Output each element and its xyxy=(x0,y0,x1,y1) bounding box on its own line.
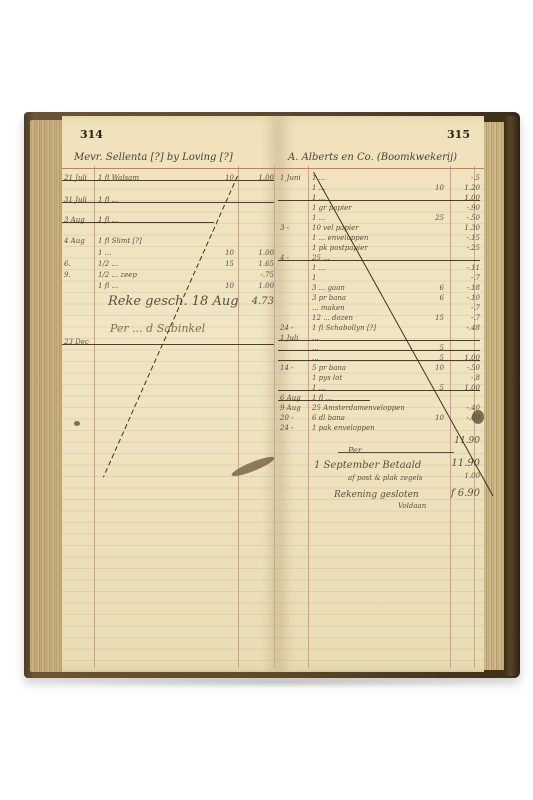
payment-note: 1 September Betaald xyxy=(314,460,421,471)
cover-edge-right xyxy=(504,116,520,676)
settlement-note: Reke gesch. 18 Aug xyxy=(108,294,239,309)
subtotal: 11.90 xyxy=(454,436,480,446)
ledger-entry: 23 Dec xyxy=(62,338,278,349)
ledger-entry: 31 Juli 1 fl ... xyxy=(62,196,278,207)
closing-amount: f 6.90 xyxy=(451,488,480,499)
ledger-entry: 3 Aug 1 fl ... xyxy=(62,216,218,227)
transfer-note: Per ... d Sabinkel xyxy=(110,322,205,335)
ledger-entry: 4 Aug 1 fl Slimt [?] xyxy=(62,237,278,248)
ink-blot xyxy=(472,410,484,424)
closing-subnote: Voldaan xyxy=(398,502,426,510)
page-edges-right xyxy=(482,122,504,670)
account-heading: A. Alberts en Co. (Boomkwekerij) xyxy=(288,152,457,163)
open-ledger-book: 314 Mevr. Sellenta [?] by Loving [?] 21 … xyxy=(24,112,520,678)
ledger-entry: 6. 1/2 ... 15 1.65 xyxy=(62,260,278,271)
right-page: 315 A. Alberts en Co. (Boomkwekerij) 1 J… xyxy=(278,116,484,672)
page-number: 314 xyxy=(80,128,103,141)
account-heading: Mevr. Sellenta [?] by Loving [?] xyxy=(74,152,233,163)
header-rule xyxy=(278,168,484,169)
ledger-entry: 21 Juli 1 fl Walsam 10 1.00 xyxy=(62,174,278,185)
section-rule xyxy=(338,452,454,453)
header-rule xyxy=(62,168,278,169)
closing-note: Rekening gesloten xyxy=(334,490,419,500)
ink-spot xyxy=(74,421,80,426)
page-number: 315 xyxy=(447,128,470,141)
section-mark: Per ... xyxy=(348,446,372,455)
ledger-entry: 9. 1/2 ... zeep -.75 xyxy=(62,271,278,282)
left-page: 314 Mevr. Sellenta [?] by Loving [?] 21 … xyxy=(62,116,278,672)
settlement-amount: 4.73 xyxy=(252,296,274,307)
page-edges-left xyxy=(30,120,64,672)
payment-sub-amount: 1.00 xyxy=(464,472,480,480)
payment-subnote: af post & plak zegels xyxy=(348,474,422,482)
ledger-entry: 1 ... 10 1.00 xyxy=(62,249,278,260)
ledger-entry: 1 fl ... 10 1.00 xyxy=(62,282,278,293)
